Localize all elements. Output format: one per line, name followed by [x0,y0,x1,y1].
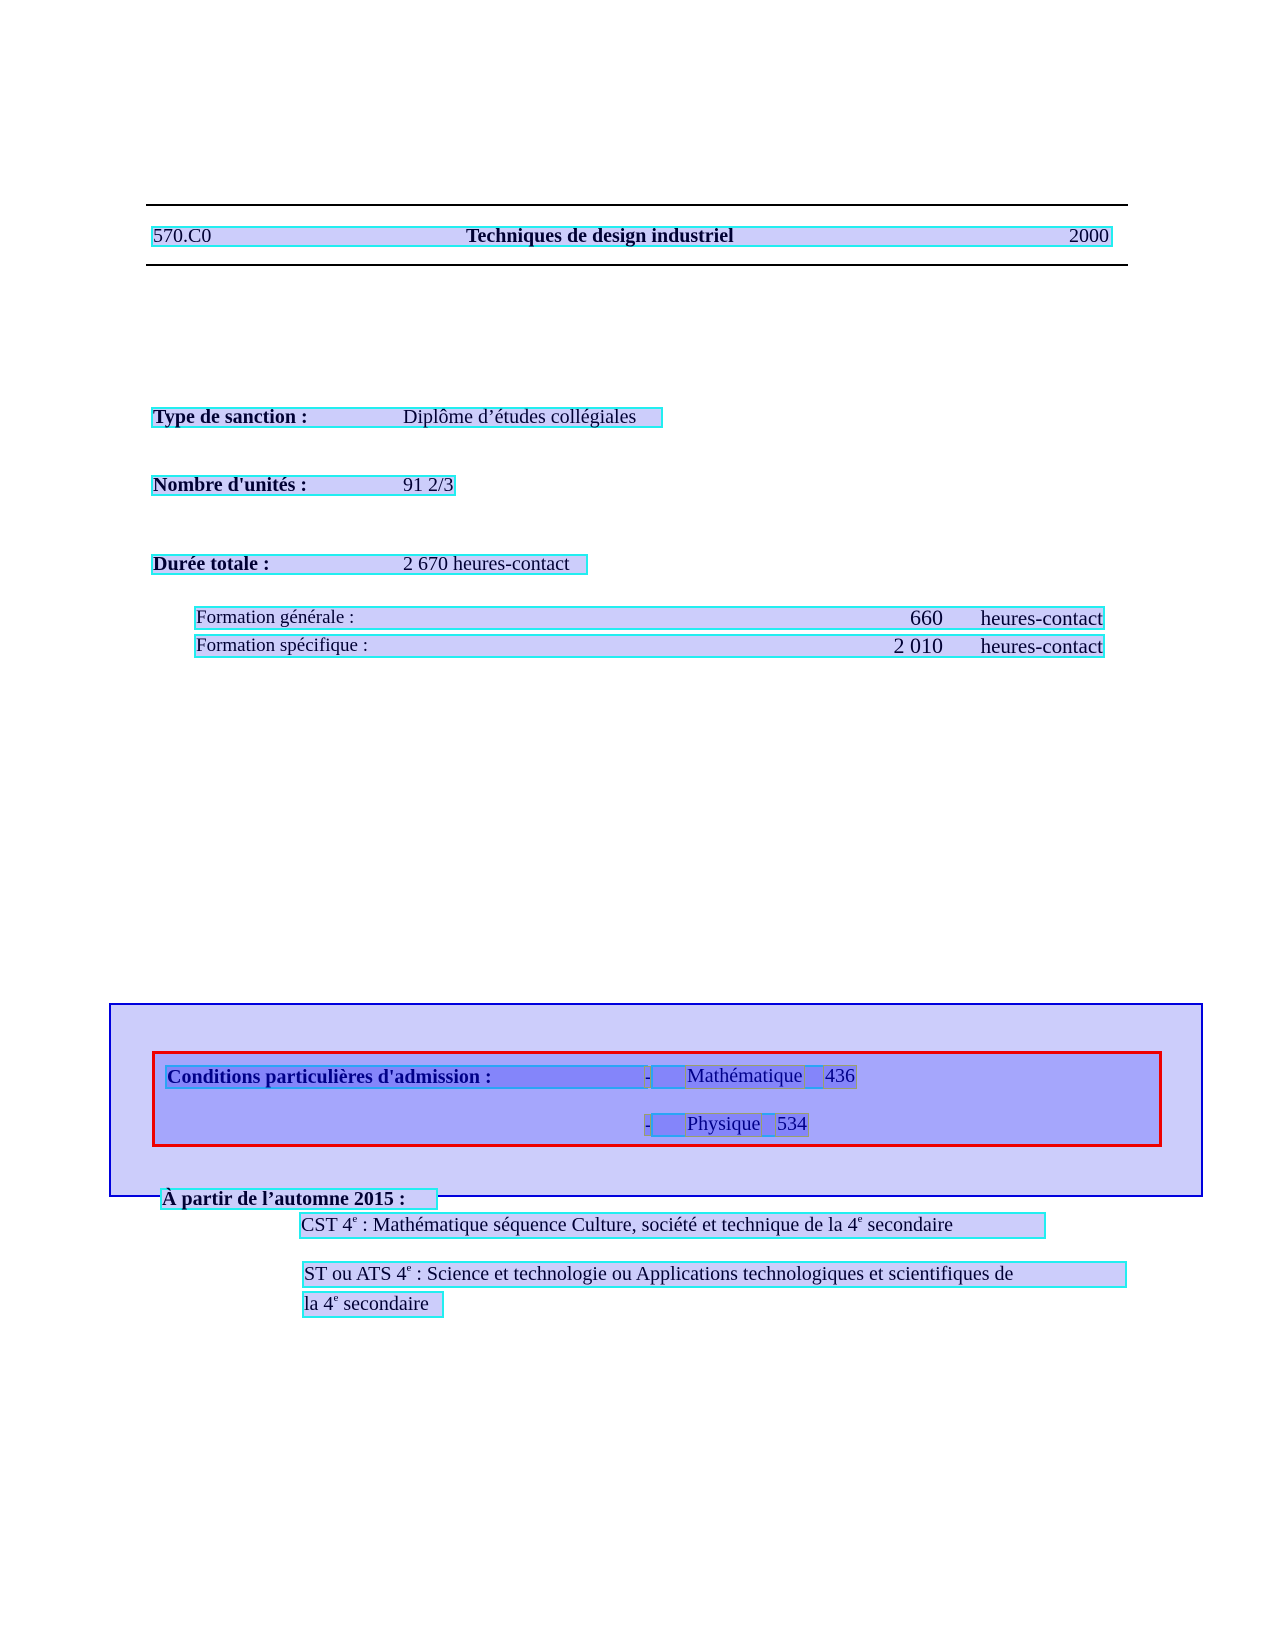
note-cst-prefix: CST 4 [301,1214,352,1236]
header-top-rule [146,204,1128,206]
note-st-line2-suffix: secondaire [338,1293,429,1315]
training-general-hours: 660 [910,608,943,628]
note-cst: CST 4e : Mathématique séquence Culture, … [299,1212,1046,1239]
note-cst-suffix: secondaire [862,1214,953,1236]
program-code: 570.C0 [153,228,211,245]
field-sanction-value: Diplôme d’études collégiales [403,409,636,426]
training-specific-label: Formation spécifique : [196,636,368,656]
training-specific-unit: heures-contact [981,636,1103,656]
note-st-line2-prefix: la 4 [304,1293,333,1315]
subject-physics-name: Physique [685,1113,762,1137]
training-general-label: Formation générale : [196,608,354,628]
field-units-label: Nombre d'unités : [153,477,307,494]
since-heading-text: À partir de l’automne 2015 : [162,1188,406,1210]
admission-label: Conditions particulières d'admission : [165,1065,648,1089]
admission-label-text: Conditions particulières d'admission : [167,1067,492,1087]
field-duration-label: Durée totale : [153,556,270,573]
field-duration: Durée totale : 2 670 heures-contact [151,554,588,575]
field-duration-value: 2 670 heures-contact [403,556,570,573]
field-sanction: Type de sanction : Diplôme d’études coll… [151,407,663,428]
field-sanction-label: Type de sanction : [153,409,308,426]
note-st-ats: ST ou ATS 4e : Science et technologie ou… [302,1261,1127,1288]
note-cst-text: : Mathématique séquence Culture, société… [357,1214,857,1236]
field-units: Nombre d'unités : 91 2/3 [151,475,456,496]
admission-bullet-2: - [644,1114,651,1136]
note-st-prefix: ST ou ATS 4 [304,1263,406,1285]
training-specific: Formation spécifique : 2 010 heures-cont… [194,634,1105,658]
training-specific-hours: 2 010 [894,636,944,656]
program-title: Techniques de design industriel [466,228,734,245]
subject-math-name: Mathématique [685,1065,805,1089]
training-general: Formation générale : 660 heures-contact [194,606,1105,630]
subject-physics-code: 534 [775,1113,809,1137]
field-units-value: 91 2/3 [403,477,454,494]
program-year: 2000 [1069,228,1109,245]
note-st-ats-line2: la 4e secondaire [302,1291,444,1318]
note-st-text: : Science et technologie ou Applications… [411,1263,1013,1285]
subject-math-code: 436 [823,1065,857,1089]
since-heading: À partir de l’automne 2015 : [160,1188,438,1210]
training-general-unit: heures-contact [981,608,1103,628]
admission-bullet-1: - [644,1066,651,1088]
header-bottom-rule [146,264,1128,266]
program-header: 570.C0 Techniques de design industriel 2… [151,226,1113,247]
